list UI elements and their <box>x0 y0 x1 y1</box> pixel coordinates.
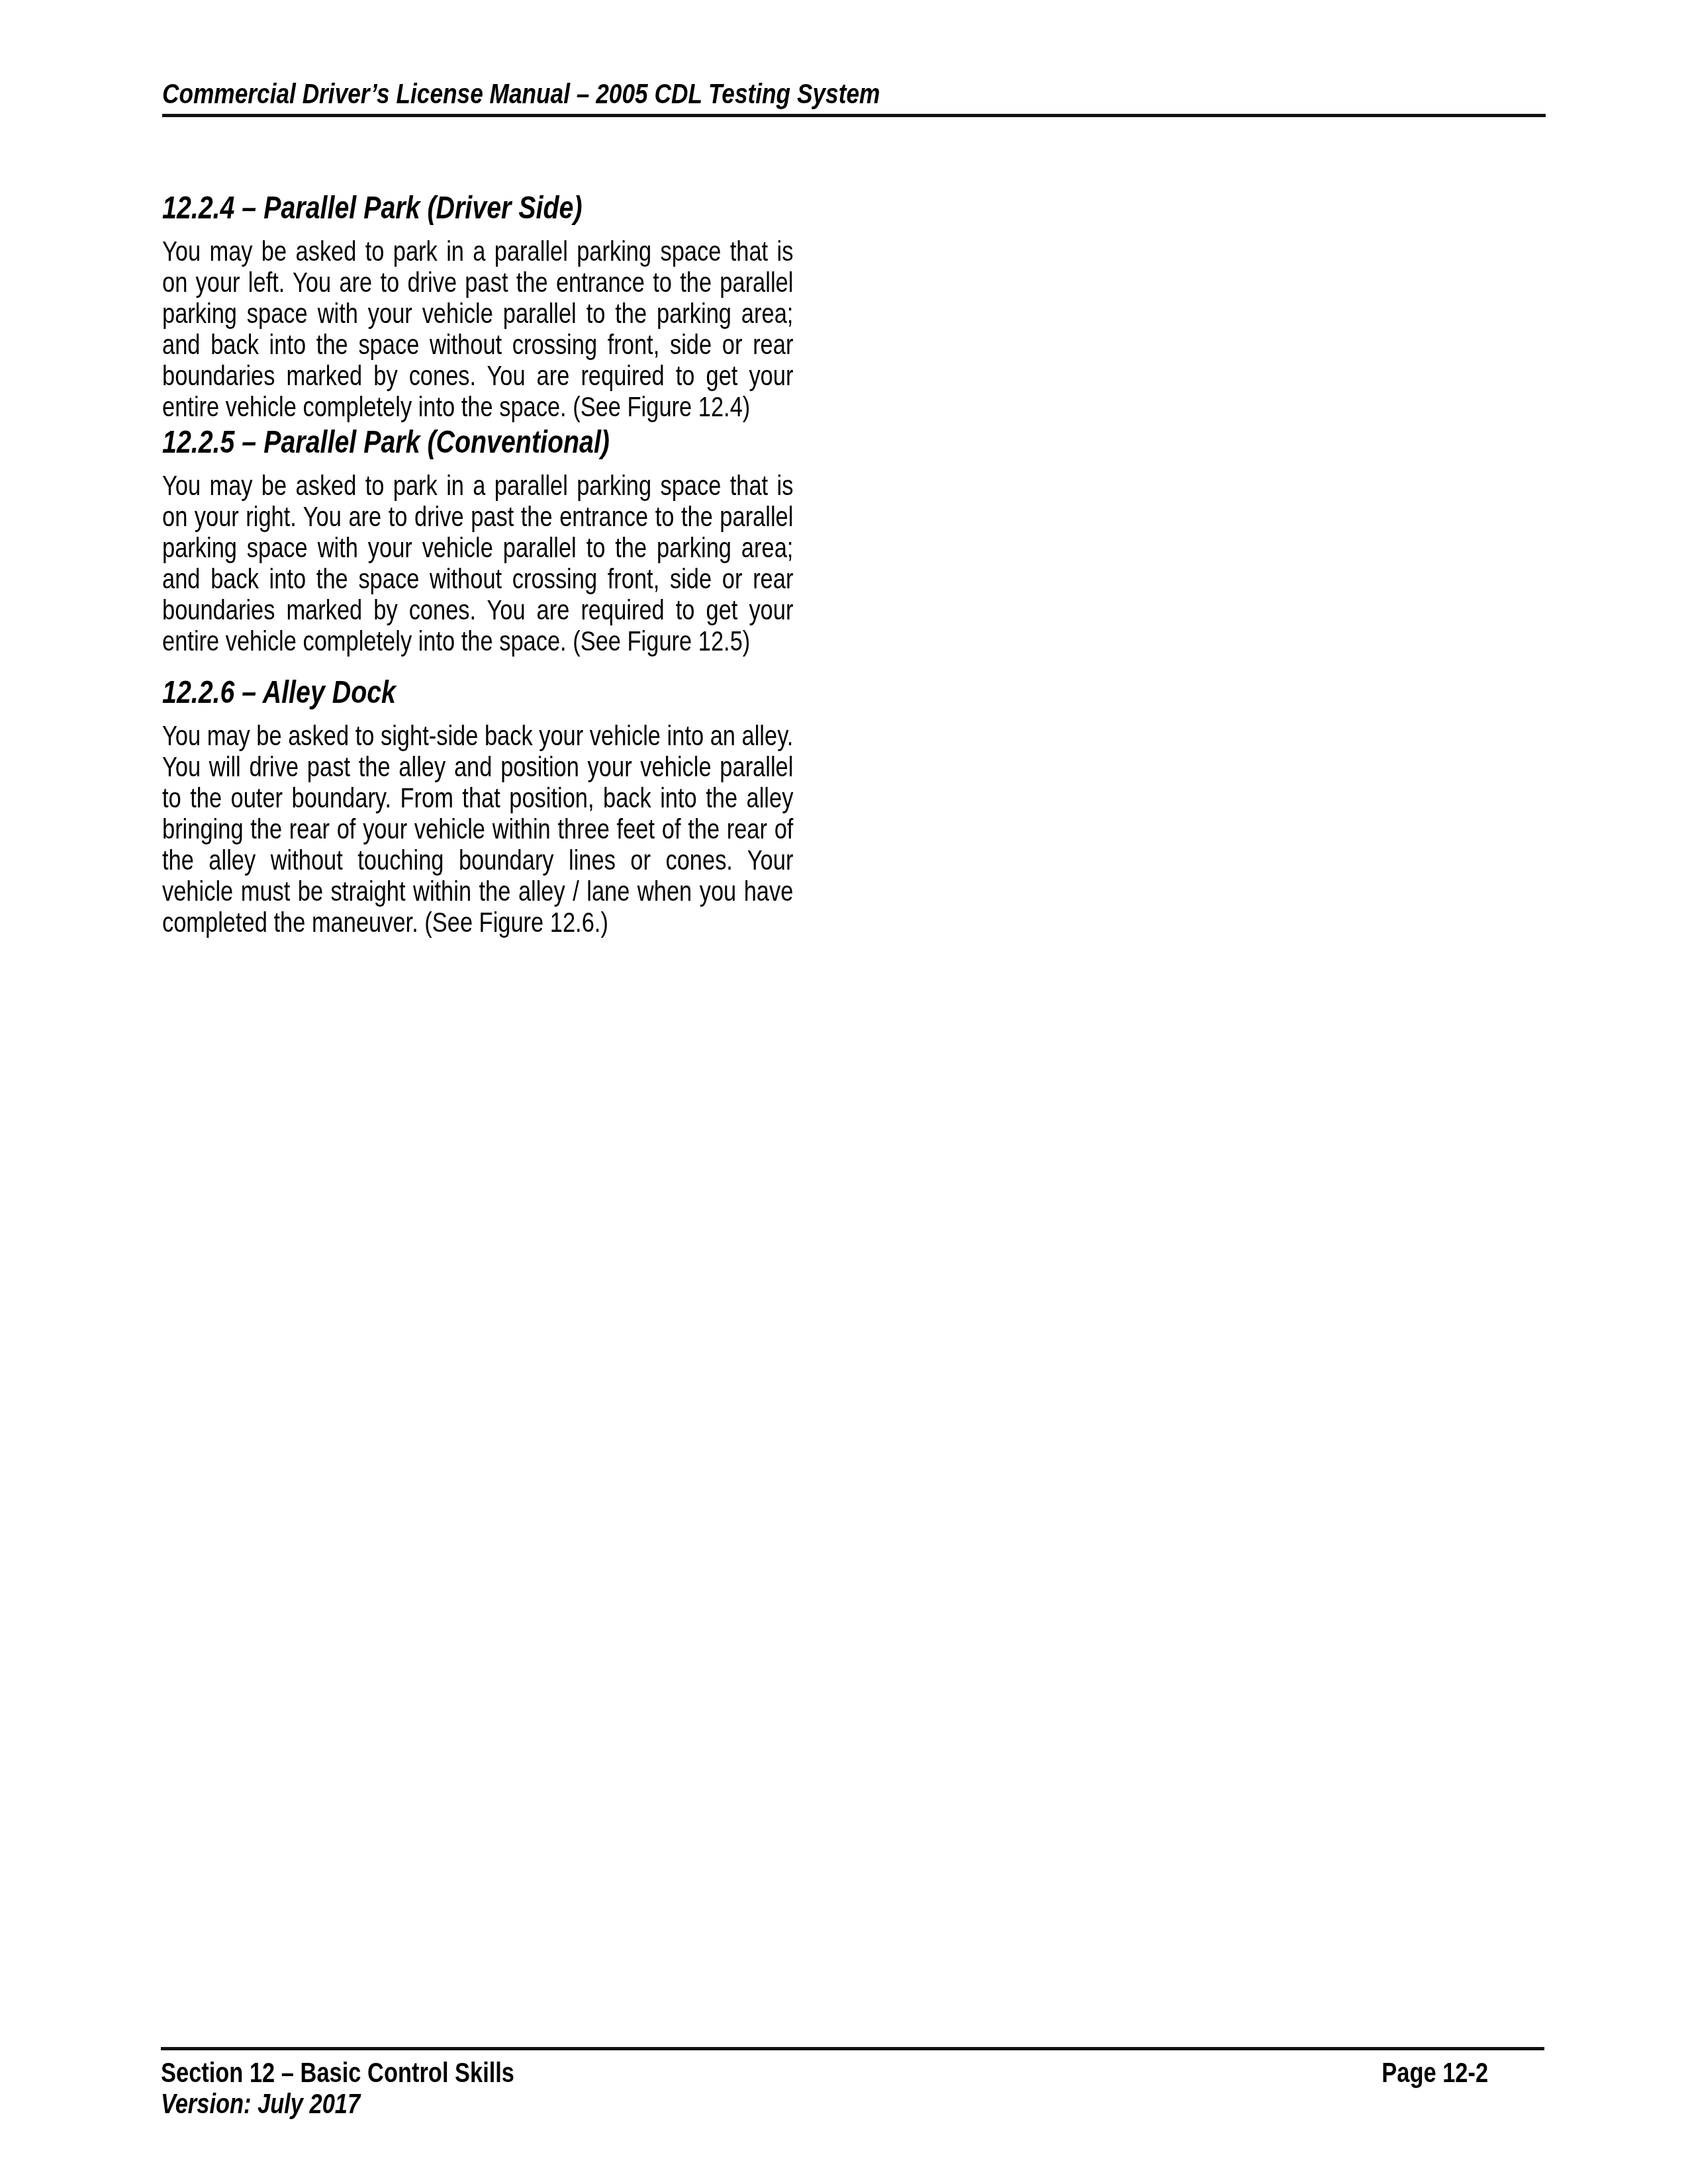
footer-left: Section 12 – Basic Control Skills Versio… <box>161 2057 1544 2119</box>
section-paragraph: You may be asked to park in a parallel p… <box>162 236 793 422</box>
section-alley-dock: 12.2.6 – Alley Dock You may be asked to … <box>162 676 793 938</box>
section-heading: 12.2.4 – Parallel Park (Driver Side) <box>162 192 793 225</box>
page-footer: Section 12 – Basic Control Skills Versio… <box>161 2047 1544 2119</box>
page-body: 12.2.4 – Parallel Park (Driver Side) You… <box>162 192 793 938</box>
footer-row: Section 12 – Basic Control Skills Versio… <box>161 2057 1544 2119</box>
footer-version-label: Version: July 2017 <box>161 2088 1545 2119</box>
section-parallel-park-driver-side: 12.2.4 – Parallel Park (Driver Side) You… <box>162 192 793 422</box>
section-paragraph: You may be asked to park in a parallel p… <box>162 470 793 657</box>
footer-page-number: Page 12-2 <box>1382 2057 1488 2088</box>
section-paragraph: You may be asked to sight-side back your… <box>162 720 793 938</box>
page-header: Commercial Driver’s License Manual – 200… <box>162 78 1546 117</box>
header-title: Commercial Driver’s License Manual – 200… <box>162 78 1546 110</box>
section-heading: 12.2.6 – Alley Dock <box>162 676 793 709</box>
section-parallel-park-conventional: 12.2.5 – Parallel Park (Conventional) Yo… <box>162 426 793 657</box>
footer-rule <box>161 2047 1544 2050</box>
section-heading: 12.2.5 – Parallel Park (Conventional) <box>162 426 793 459</box>
document-page: Commercial Driver’s License Manual – 200… <box>0 0 1688 2184</box>
footer-section-label: Section 12 – Basic Control Skills <box>161 2057 1545 2088</box>
header-rule <box>162 114 1546 117</box>
